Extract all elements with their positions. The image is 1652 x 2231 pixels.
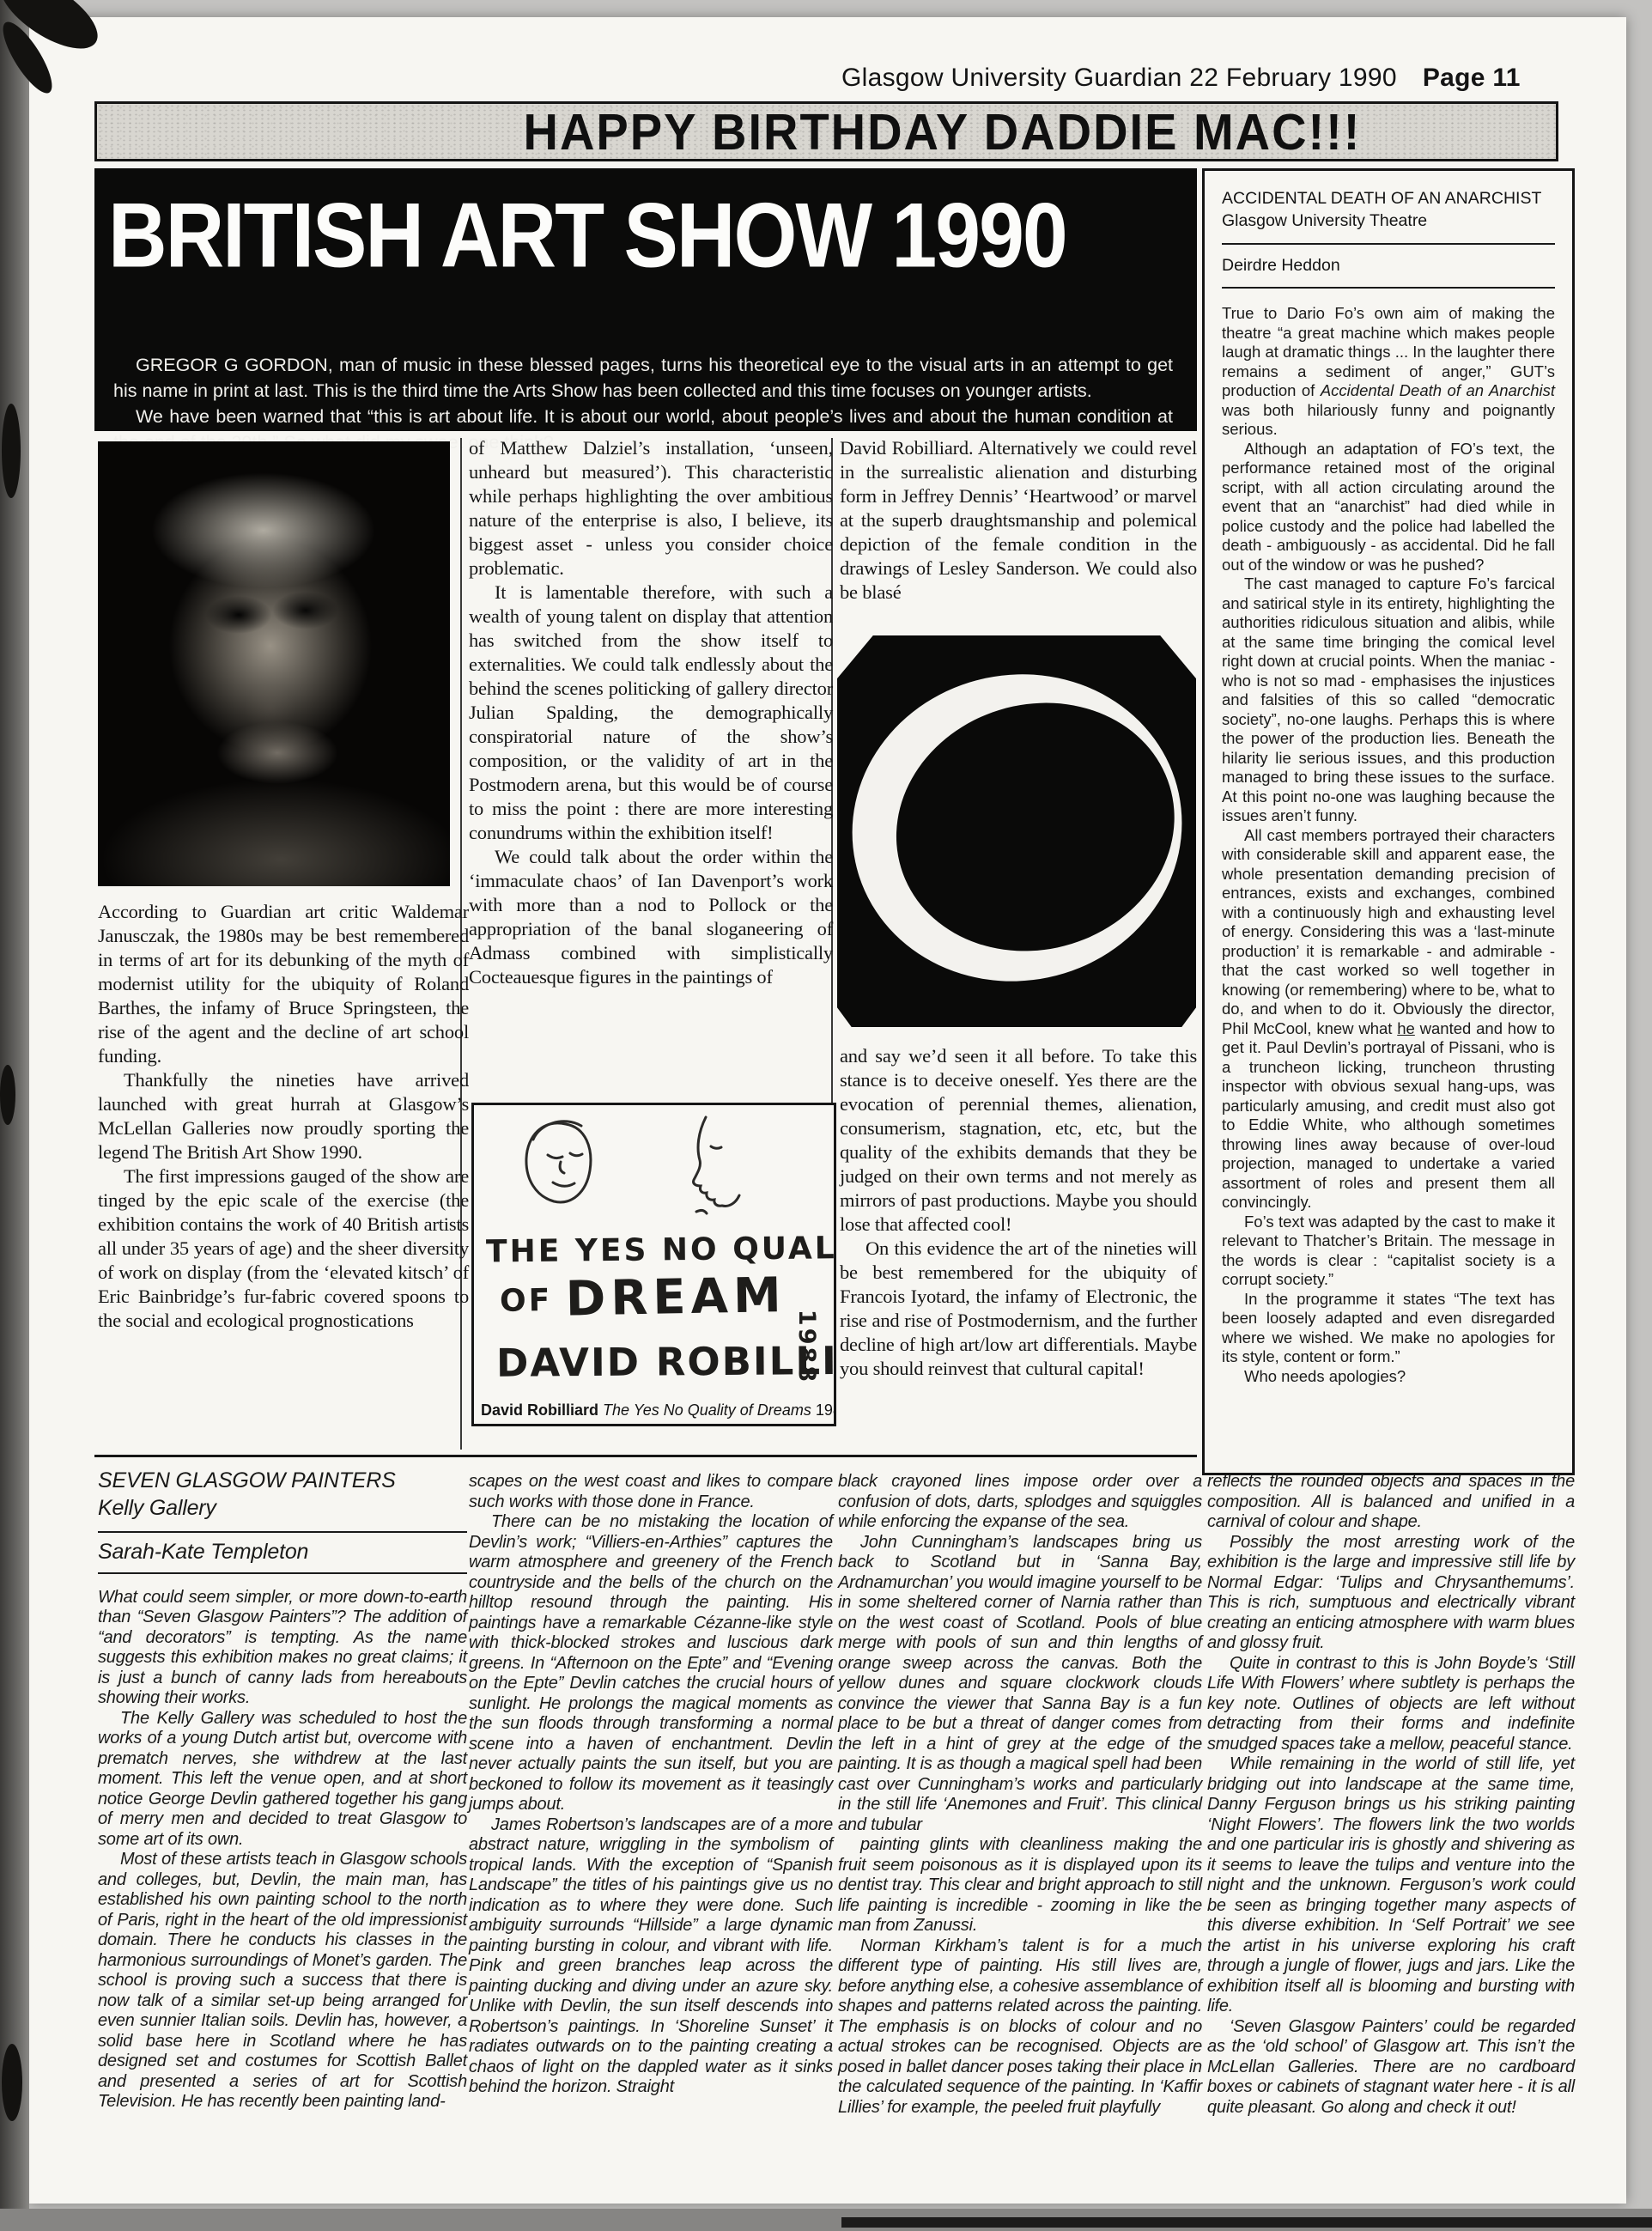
gallery-review-title: SEVEN GLASGOW PAINTERS bbox=[98, 1467, 467, 1494]
artwork-caption: David Robilliard The Yes No Quality of D… bbox=[481, 1401, 836, 1419]
scan-mark bbox=[2, 2044, 22, 2121]
review-paragraph: The cast managed to capture Fo’s farcica… bbox=[1222, 574, 1555, 826]
review-title: ACCIDENTAL DEATH OF AN ANARCHIST bbox=[1222, 188, 1555, 210]
gallery-review-column-4: reflects the rounded objects and spaces … bbox=[1207, 1472, 1575, 2118]
divider bbox=[98, 1531, 467, 1533]
gallery-review-venue: Kelly Gallery bbox=[98, 1494, 467, 1522]
article-paragraph: Thankfully the nineties have arrived lau… bbox=[98, 1068, 469, 1164]
birthday-banner: HAPPY BIRTHDAY DADDIE MAC!!! bbox=[94, 101, 1558, 161]
divider bbox=[98, 1572, 467, 1574]
artwork-year: 1988 bbox=[793, 1310, 820, 1384]
gallery-paragraph: Most of these artists teach in Glasgow s… bbox=[98, 1850, 467, 2112]
section-divider-rule bbox=[94, 1455, 1197, 1457]
gallery-paragraph: Quite in contrast to this is John Boyde’… bbox=[1207, 1654, 1575, 1755]
article-paragraph: According to Guardian art critic Waldema… bbox=[98, 900, 469, 1068]
divider bbox=[1222, 243, 1555, 245]
artwork-text-line2: OF DREAM bbox=[499, 1267, 787, 1328]
gallery-paragraph: black crayoned lines impose order over a… bbox=[838, 1472, 1202, 1533]
artwork-text-line1: THE YES NO QUALITY bbox=[486, 1230, 836, 1269]
oval-artwork-photo bbox=[837, 635, 1196, 1027]
gallery-paragraph: Norman Kirkham’s talent is for a much di… bbox=[838, 1936, 1202, 2119]
article-paragraph: David Robilliard. Alternatively we could… bbox=[840, 436, 1197, 605]
review-body: True to Dario Fo’s own aim of making the… bbox=[1222, 304, 1555, 1386]
gallery-paragraph: Possibly the most arresting work of the … bbox=[1207, 1533, 1575, 1654]
article-paragraph: On this evidence the art of the nineties… bbox=[840, 1237, 1197, 1381]
oval-ring bbox=[823, 644, 1210, 1012]
masthead-title: Glasgow University Guardian 22 February … bbox=[841, 64, 1397, 92]
artwork-text-dream: DREAM bbox=[565, 1267, 787, 1327]
gallery-paragraph: ‘Seven Glasgow Painters’ could be regard… bbox=[1207, 2017, 1575, 2119]
emphasised-word: he bbox=[1397, 1019, 1415, 1037]
gallery-paragraph: What could seem simpler, or more down-to… bbox=[98, 1588, 467, 1709]
robilliard-artwork: THE YES NO QUALITY OF DREAM DAVID ROBILL… bbox=[471, 1103, 836, 1426]
review-venue: Glasgow University Theatre bbox=[1222, 210, 1555, 233]
gallery-paragraph: reflects the rounded objects and spaces … bbox=[1207, 1472, 1575, 1533]
gallery-review-column-2: scapes on the west coast and likes to co… bbox=[469, 1472, 833, 2098]
scan-mark bbox=[0, 1065, 15, 1125]
gallery-paragraph: The Kelly Gallery was scheduled to host … bbox=[98, 1709, 467, 1851]
gallery-paragraph: painting glints with cleanliness making … bbox=[838, 1835, 1202, 1936]
gallery-review-header: SEVEN GLASGOW PAINTERS Kelly Gallery bbox=[98, 1467, 467, 1522]
scan-mark bbox=[2, 404, 21, 498]
review-paragraph: In the programme it states “The text has… bbox=[1222, 1290, 1555, 1367]
review-text: All cast members portrayed their charact… bbox=[1222, 826, 1555, 1037]
article-paragraph: We could talk about the order within the… bbox=[469, 845, 833, 989]
review-header: ACCIDENTAL DEATH OF AN ANARCHIST Glasgow… bbox=[1222, 188, 1555, 232]
article-paragraph: It is lamentable therefore, with such a … bbox=[469, 581, 833, 845]
article-paragraph: and say we’d seen it all before. To take… bbox=[840, 1044, 1197, 1237]
gallery-review-column-1: SEVEN GLASGOW PAINTERS Kelly Gallery Sar… bbox=[98, 1467, 467, 2112]
review-paragraph: Although an adaptation of FO’s text, the… bbox=[1222, 440, 1555, 575]
masthead: Glasgow University Guardian 22 February … bbox=[841, 64, 1499, 93]
gallery-paragraph: James Robertson’s landscapes are of a mo… bbox=[469, 1815, 833, 2098]
gallery-paragraph: John Cunningham’s landscapes bring us ba… bbox=[838, 1533, 1202, 1836]
caption-artist: David Robilliard bbox=[481, 1401, 598, 1419]
newspaper-page-scan: Glasgow University Guardian 22 February … bbox=[0, 0, 1652, 2231]
review-text: wanted and how to get it. Paul Devlin’s … bbox=[1222, 1019, 1555, 1212]
oval-center bbox=[865, 669, 1206, 985]
gallery-paragraph: scapes on the west coast and likes to co… bbox=[469, 1472, 833, 1512]
caption-title: The Yes No Quality of Dreams bbox=[603, 1401, 811, 1419]
standfirst-paragraph: GREGOR G GORDON, man of music in these b… bbox=[113, 352, 1173, 404]
face-sketches-illustration bbox=[484, 1110, 828, 1231]
review-paragraph: True to Dario Fo’s own aim of making the… bbox=[1222, 304, 1555, 440]
portrait-photo bbox=[98, 441, 450, 886]
review-text: was both hilariously funny and poignantl… bbox=[1222, 401, 1555, 439]
gallery-review-byline: Sarah-Kate Templeton bbox=[98, 1542, 467, 1563]
gallery-review-column-3: black crayoned lines impose order over a… bbox=[838, 1472, 1202, 2118]
feature-headline: BRITISH ART SHOW 1990 bbox=[108, 191, 1066, 282]
article-paragraph: The first impressions gauged of the show… bbox=[98, 1164, 469, 1333]
review-paragraph: Who needs apologies? bbox=[1222, 1367, 1555, 1387]
artwork-artist-signature: DAVID ROBILLIARD bbox=[496, 1337, 836, 1386]
caption-year: 1988 bbox=[816, 1401, 836, 1419]
article-column-1: According to Guardian art critic Waldema… bbox=[98, 900, 469, 1333]
review-byline: Deirdre Heddon bbox=[1222, 256, 1555, 276]
review-paragraph: All cast members portrayed their charact… bbox=[1222, 826, 1555, 1213]
scan-edge-bottom-bar bbox=[841, 2217, 1652, 2228]
theatre-review-box: ACCIDENTAL DEATH OF AN ANARCHIST Glasgow… bbox=[1202, 168, 1575, 1475]
page-number: Page 11 bbox=[1423, 64, 1521, 92]
article-column-2: of Matthew Dalziel’s installation, ‘unse… bbox=[469, 436, 833, 989]
review-paragraph: Fo’s text was adapted by the cast to mak… bbox=[1222, 1213, 1555, 1290]
gallery-review-body: What could seem simpler, or more down-to… bbox=[98, 1588, 467, 2112]
article-paragraph: of Matthew Dalziel’s installation, ‘unse… bbox=[469, 436, 833, 581]
gallery-paragraph: There can be no mistaking the location o… bbox=[469, 1512, 833, 1815]
artwork-text-of: OF bbox=[500, 1283, 553, 1319]
feature-headline-box: BRITISH ART SHOW 1990 GREGOR G GORDON, m… bbox=[94, 168, 1197, 431]
play-title: Accidental Death of an Anarchist bbox=[1321, 381, 1555, 399]
gallery-paragraph: While remaining in the world of still li… bbox=[1207, 1754, 1575, 2017]
article-column-3-bottom: and say we’d seen it all before. To take… bbox=[840, 1044, 1197, 1381]
banner-text: HAPPY BIRTHDAY DADDIE MAC!!! bbox=[524, 102, 1362, 161]
article-column-3-top: David Robilliard. Alternatively we could… bbox=[840, 436, 1197, 605]
divider bbox=[1222, 287, 1555, 289]
